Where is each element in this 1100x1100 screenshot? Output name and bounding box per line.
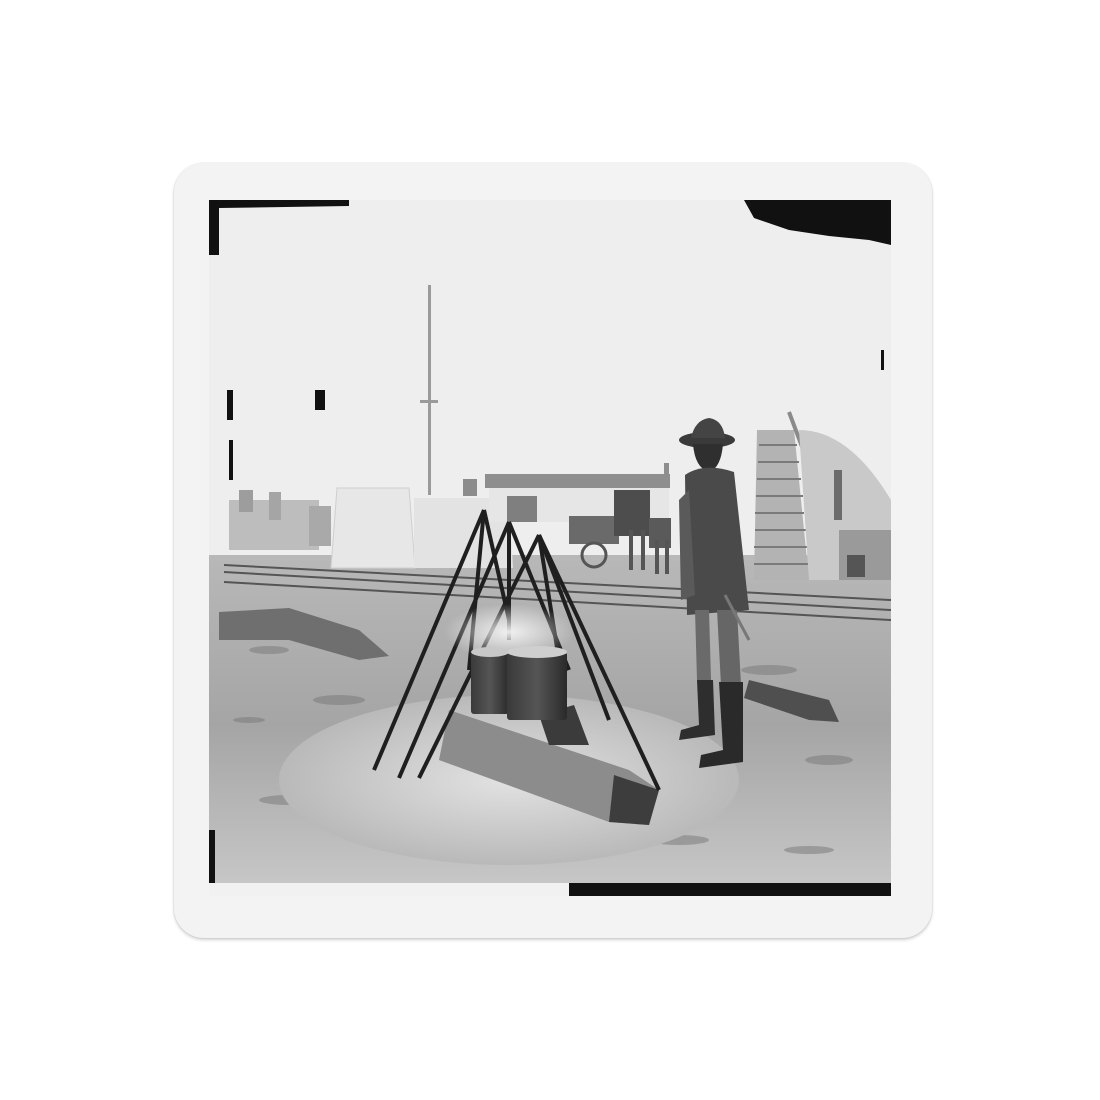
mast-pole — [428, 285, 431, 495]
leg — [695, 610, 711, 680]
tent — [331, 488, 415, 568]
barrel — [463, 479, 477, 496]
photo-scene — [209, 200, 891, 896]
building-roof — [485, 474, 670, 488]
historical-photograph — [209, 200, 891, 896]
kettle — [507, 652, 567, 720]
kettle — [471, 652, 509, 714]
